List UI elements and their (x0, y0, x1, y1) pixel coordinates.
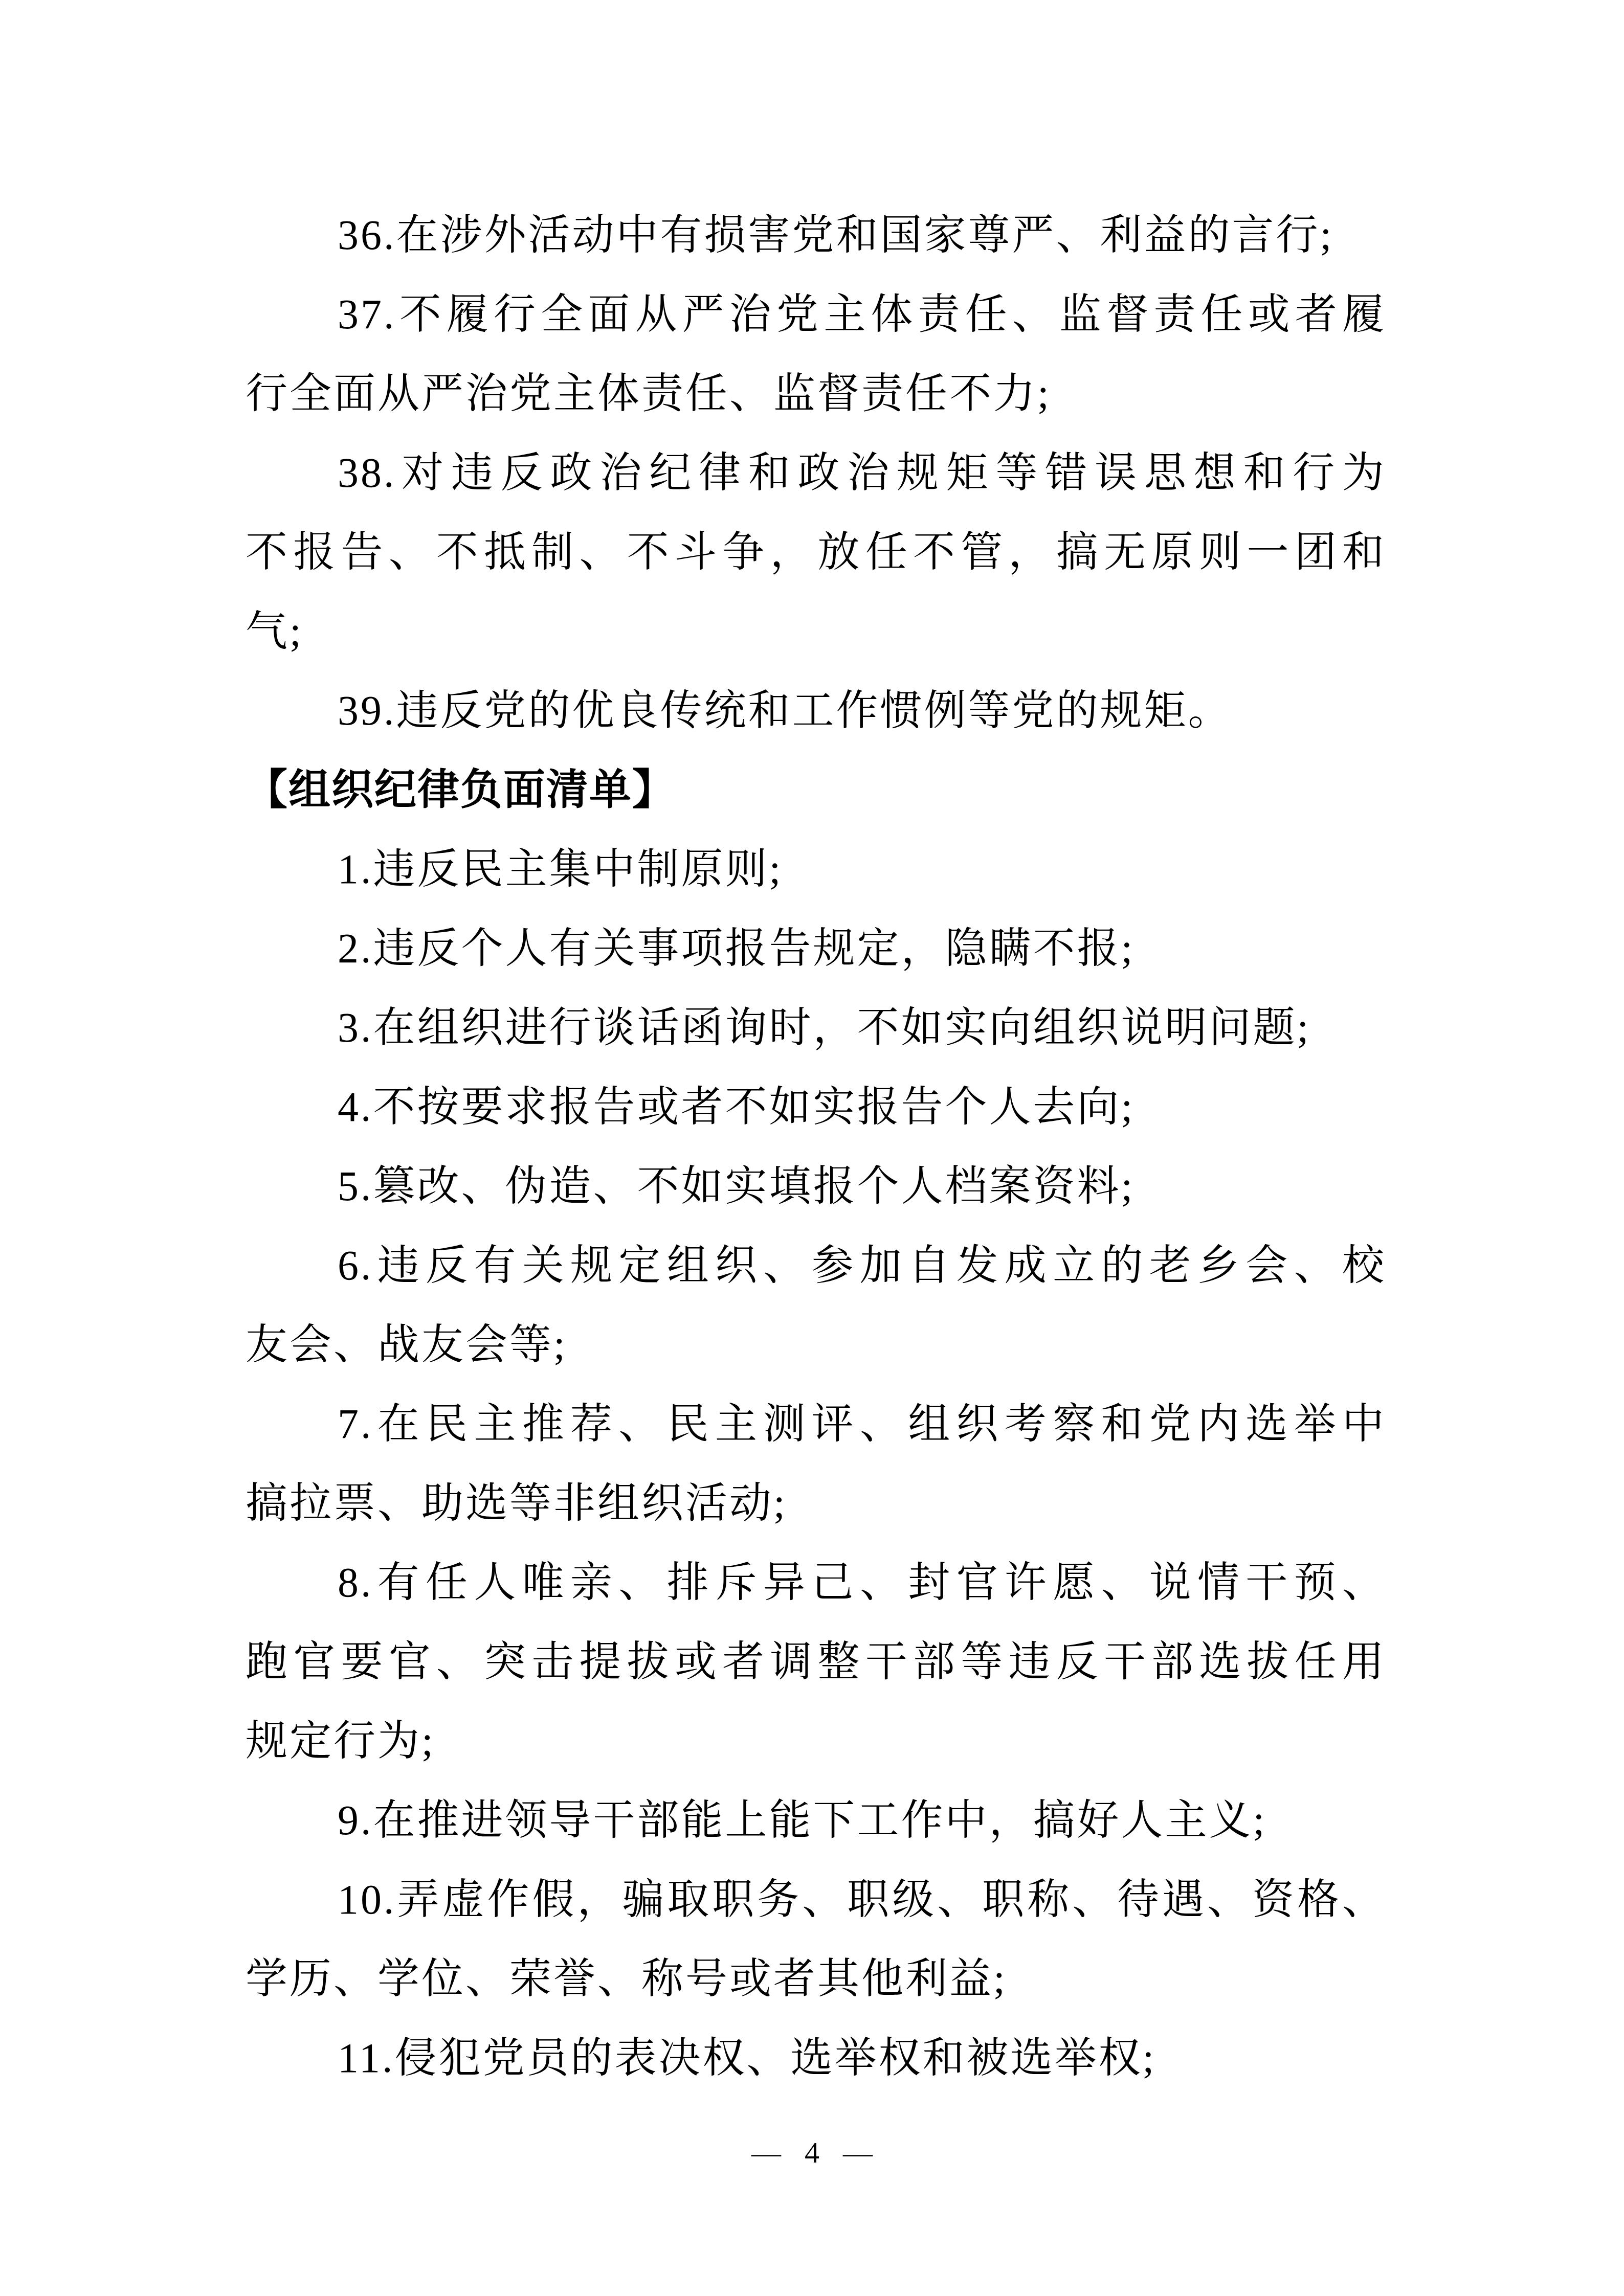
document-line: 9.在推进领导干部能上能下工作中，搞好人主义; (246, 1781, 1386, 1860)
section-heading: 【组织纪律负面清单】 (246, 750, 1386, 829)
page-footer: — 4 — (0, 2135, 1624, 2171)
document-line: 学历、学位、荣誉、称号或者其他利益; (246, 1939, 1386, 2018)
document-line: 4.不按要求报告或者不如实报告个人去向; (246, 1067, 1386, 1146)
document-line: 友会、战友会等; (246, 1305, 1386, 1384)
footer-dash-right: — (843, 2135, 873, 2171)
document-line: 36.在涉外活动中有损害党和国家尊严、利益的言行; (246, 195, 1386, 275)
document-line: 规定行为; (246, 1701, 1386, 1781)
document-line: 气; (246, 592, 1386, 671)
document-line: 行全面从严治党主体责任、监督责任不力; (246, 354, 1386, 433)
footer-dash-left: — (751, 2135, 781, 2171)
document-line: 11.侵犯党员的表决权、选举权和被选举权; (246, 2018, 1386, 2098)
document-line: 6.违反有关规定组织、参加自发成立的老乡会、校 (246, 1226, 1386, 1305)
document-line: 5.篡改、伪造、不如实填报个人档案资料; (246, 1146, 1386, 1226)
document-line: 1.违反民主集中制原则; (246, 829, 1386, 909)
document-page: 36.在涉外活动中有损害党和国家尊严、利益的言行;37.不履行全面从严治党主体责… (0, 0, 1624, 2296)
document-line: 37.不履行全面从严治党主体责任、监督责任或者履 (246, 275, 1386, 354)
document-line: 不报告、不抵制、不斗争，放任不管，搞无原则一团和 (246, 512, 1386, 592)
document-line: 跑官要官、突击提拔或者调整干部等违反干部选拔任用 (246, 1622, 1386, 1701)
document-line: 38.对违反政治纪律和政治规矩等错误思想和行为 (246, 433, 1386, 512)
document-line: 10.弄虚作假，骗取职务、职级、职称、待遇、资格、 (246, 1860, 1386, 1939)
footer-page-number: 4 (805, 2135, 819, 2171)
document-line: 8.有任人唯亲、排斥异己、封官许愿、说情干预、 (246, 1543, 1386, 1622)
document-line: 7.在民主推荐、民主测评、组织考察和党内选举中 (246, 1384, 1386, 1464)
document-line: 39.违反党的优良传统和工作惯例等党的规矩。 (246, 671, 1386, 750)
document-line: 3.在组织进行谈话函询时，不如实向组织说明问题; (246, 988, 1386, 1067)
document-line: 2.违反个人有关事项报告规定，隐瞒不报; (246, 909, 1386, 988)
document-line: 搞拉票、助选等非组织活动; (246, 1464, 1386, 1543)
document-body: 36.在涉外活动中有损害党和国家尊严、利益的言行;37.不履行全面从严治党主体责… (246, 195, 1386, 2098)
